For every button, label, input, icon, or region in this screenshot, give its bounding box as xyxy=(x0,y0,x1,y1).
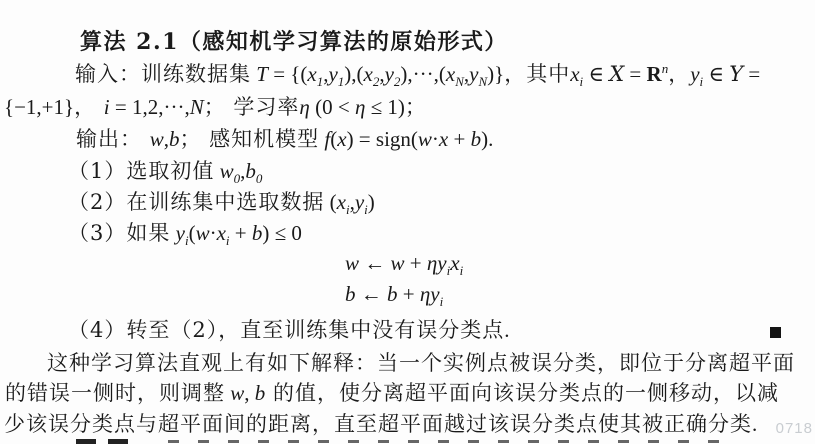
input-line-2: {−1,+1}， i = 1,2,···,N； 学习率η (0 < η ≤ 1)… xyxy=(4,94,427,120)
watermark-text: 0718 xyxy=(776,420,813,437)
update-equation-w: w ← w + ηyixi xyxy=(345,250,463,276)
clipped-next-line-bold-fragment xyxy=(76,439,134,444)
qed-end-marker xyxy=(770,327,781,338)
input-line-1: 输入：训练数据集 T = {(x1,y1),(x2,y2),···,(xN,yN… xyxy=(75,61,760,87)
book-page: 算法 2.1（感知机学习算法的原始形式）输入：训练数据集 T = {(x1,y1… xyxy=(0,0,815,444)
step-4: （4）转至（2），直至训练集中没有误分类点. xyxy=(68,317,509,343)
clipped-next-line-fragment xyxy=(168,440,728,443)
algorithm-title: 算法 2.1（感知机学习算法的原始形式） xyxy=(80,28,508,57)
update-equation-b: b ← b + ηyi xyxy=(345,281,443,307)
explanation-line-3: 少该误分类点与超平面间的距离，直至超平面越过该误分类点使其被正确分类. xyxy=(4,411,757,437)
explanation-line-2: 的错误一侧时，则调整 w, b 的值，使分离超平面向该误分类点的一侧移动，以减 xyxy=(5,380,779,406)
explanation-line-1: 这种学习算法直观上有如下解释：当一个实例点被误分类，即位于分离超平面 xyxy=(47,350,795,376)
step-2: （2）在训练集中选取数据 (xi,yi) xyxy=(68,189,375,215)
step-1: （1）选取初值 w0,b0 xyxy=(68,158,262,184)
output-line: 输出： w,b； 感知机模型 f(x) = sign(w·x + b). xyxy=(76,126,493,152)
step-3: （3）如果 yi(w·xi + b) ≤ 0 xyxy=(68,220,302,246)
